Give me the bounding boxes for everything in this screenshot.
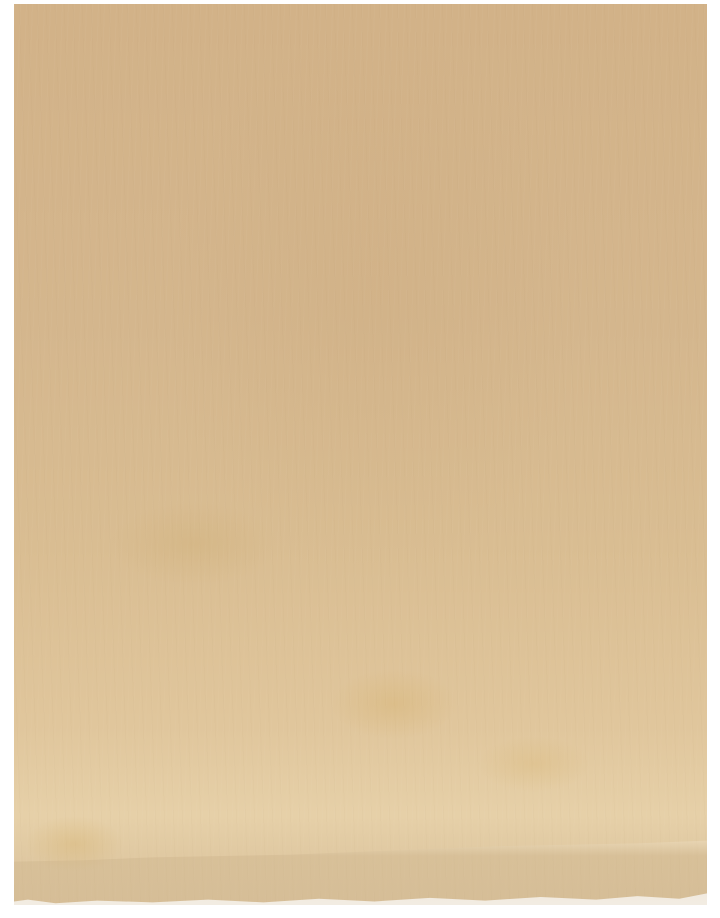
aged-paper-sheet [14,4,707,906]
photo-canvas [0,0,720,918]
